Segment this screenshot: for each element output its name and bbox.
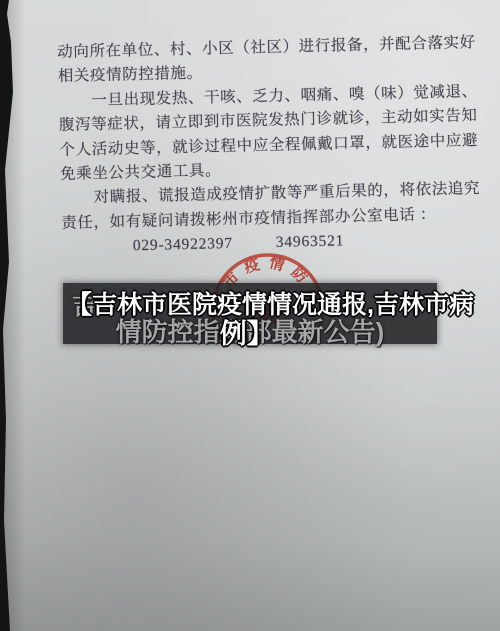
- doc-line: 相关疫情防控措施。: [58, 56, 458, 90]
- caption-title-line1: 【吉林市医院疫情情况通报,吉林市病: [67, 285, 433, 321]
- video-caption-overlay: 吉 【吉林市医院疫情情况通报,吉林市病 情防控指挥部最新公告) 例】: [63, 283, 437, 344]
- doc-line: 腹泻等症状，请立即到市医院发热门诊就诊，主动如实告知: [59, 105, 459, 139]
- doc-line: 一旦出现发热、干咳、乏力、咽痛、嗅（味）觉减退、: [58, 80, 458, 114]
- photo-frame: 动向所在单位、村、小区（社区）进行报备，并配合落实好 相关疫情防控措施。 一旦出…: [0, 0, 500, 631]
- doc-line: 个人活动史等，就诊过程中应全程佩戴口罩，就医途中应避: [59, 129, 459, 163]
- doc-line: 免乘坐公共交通工具。: [60, 154, 460, 188]
- phone-number-2: 34963521: [276, 233, 345, 252]
- doc-line: 责任，如有疑问请拨彬州市疫情指挥部办公室电话 ：: [61, 202, 461, 236]
- doc-line: 对瞒报、谎报造成疫情扩散等严重后果的，将依法追究: [60, 178, 460, 212]
- doc-line: 动向所在单位、村、小区（社区）进行报备，并配合落实好: [57, 32, 457, 66]
- document-text-block: 动向所在单位、村、小区（社区）进行报备，并配合落实好 相关疫情防控措施。 一旦出…: [57, 32, 462, 261]
